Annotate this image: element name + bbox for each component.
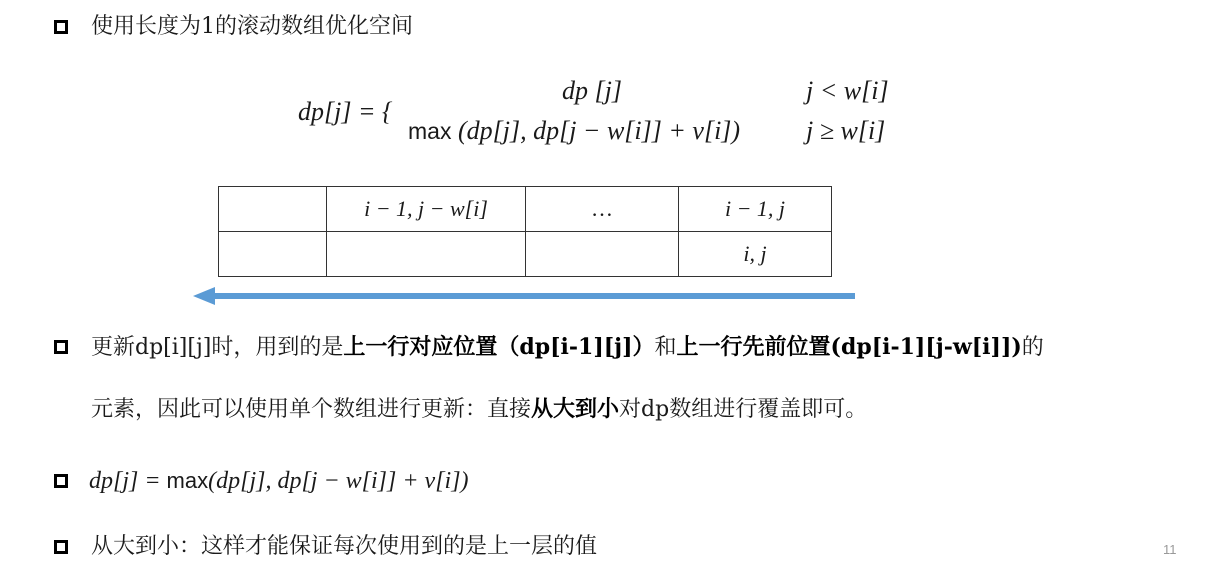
bullet2-bold: 从大到小: [531, 396, 619, 422]
formula-lhs: dp[j] = {: [298, 97, 392, 127]
table-cell: [526, 232, 679, 277]
bullet4-text: 从大到小：这样才能保证每次使用到的是上一层的值: [91, 536, 597, 558]
bullet2-text: 元素，因此可以使用单个数组进行更新：直接: [91, 397, 531, 422]
bullet-marker: [54, 20, 68, 34]
left-arrow-icon: [193, 287, 855, 305]
bullet2-bold: 上一行对应位置（dp[i-1][j]）: [343, 334, 654, 360]
max-keyword: max: [167, 468, 209, 493]
table-cell: …: [526, 187, 679, 232]
table-cell: [219, 232, 327, 277]
bullet-marker: [54, 340, 68, 354]
formula-case2-args: (dp[j], dp[j − w[i]] + v[i]): [458, 116, 740, 145]
table-row: i − 1, j − w[i] … i − 1, j: [219, 187, 832, 232]
bullet-marker: [54, 540, 68, 554]
table-cell: i − 1, j: [679, 187, 832, 232]
bullet2-text: 的: [1022, 335, 1044, 360]
bullet2-bold: 上一行先前位置(dp[i-1][j-w[i]]): [677, 334, 1022, 360]
bullet2-text: 对dp数组进行覆盖即可。: [619, 397, 867, 422]
formula-case2-cond: j ≥ w[i]: [806, 116, 885, 146]
page-number: 11: [1163, 542, 1177, 557]
formula-lhs: dp[j] =: [89, 468, 167, 494]
table-cell: i − 1, j − w[i]: [327, 187, 526, 232]
table-row: i, j: [219, 232, 832, 277]
formula-case1-expr: dp [j]: [562, 76, 622, 106]
bullet2-line2: 元素，因此可以使用单个数组进行更新：直接从大到小对dp数组进行覆盖即可。: [91, 398, 867, 421]
bullet2-text: 更新dp[i][j]时，用到的是: [91, 335, 343, 360]
formula-case1-cond: j < w[i]: [806, 76, 889, 106]
bullet2-text: 和: [655, 335, 677, 360]
bullet3-formula: dp[j] = max(dp[j], dp[j − w[i]] + v[i]): [89, 469, 469, 493]
formula-args: (dp[j], dp[j − w[i]] + v[i]): [208, 468, 468, 494]
table-cell: [327, 232, 526, 277]
bullet1-text: 使用长度为1的滚动数组优化空间: [91, 16, 413, 38]
bullet2-line1: 更新dp[i][j]时，用到的是上一行对应位置（dp[i-1][j]）和上一行先…: [91, 336, 1044, 359]
table-cell: [219, 187, 327, 232]
table-cell: i, j: [679, 232, 832, 277]
max-keyword: max: [408, 118, 451, 144]
dp-table-diagram: i − 1, j − w[i] … i − 1, j i, j: [218, 186, 832, 277]
formula-case2-expr: max (dp[j], dp[j − w[i]] + v[i]): [408, 116, 740, 146]
bullet-marker: [54, 474, 68, 488]
